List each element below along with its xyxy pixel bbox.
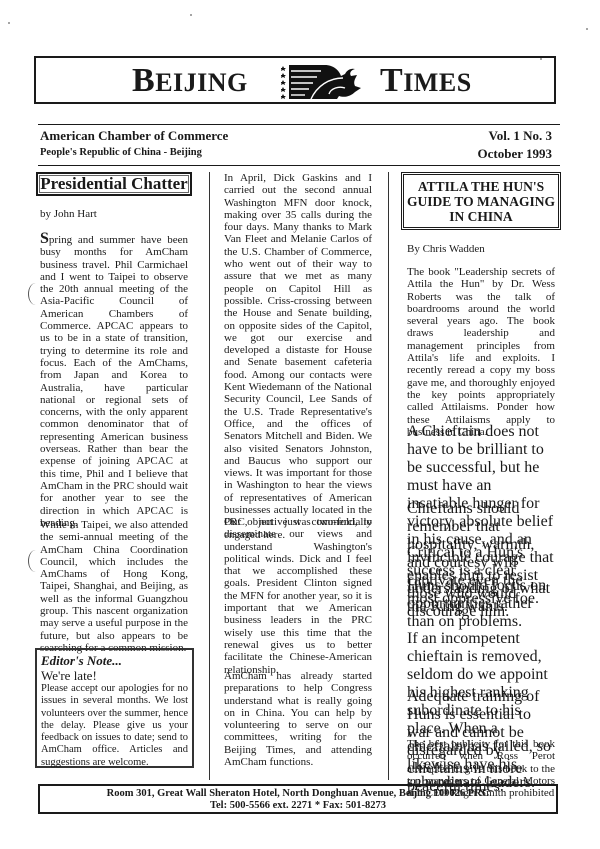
drop-cap: S xyxy=(40,230,49,247)
attila-paragraph-1: The book "Leadership secrets of Attila t… xyxy=(407,266,555,438)
attila-heading-box: ATTILA THE HUN'S GUIDE TO MANAGING IN CH… xyxy=(401,172,561,230)
punch-hole-mark xyxy=(28,550,43,572)
byline-chris-wadden: By Chris Wadden xyxy=(407,243,485,255)
scan-speck xyxy=(190,14,192,16)
column2-paragraph-1: In April, Dick Gaskins and I carried out… xyxy=(224,172,372,541)
column-divider-1 xyxy=(209,172,210,780)
scan-speck xyxy=(540,58,542,60)
footer-address: Room 301, Great Wall Sheraton Hotel, Nor… xyxy=(40,788,556,800)
presidential-chatter-paragraph-2: While in Taipei, we also attended the se… xyxy=(40,519,188,654)
byline-john-hart: by John Hart xyxy=(40,208,97,220)
attila-heading-line-3: IN CHINA xyxy=(404,209,558,224)
column2-paragraph-3: AmCham has already started preparations … xyxy=(224,670,372,768)
scan-speck xyxy=(586,28,588,30)
attila-heading-line-2: GUIDE TO MANAGING xyxy=(404,194,558,209)
presidential-chatter-paragraph-1: Spring and summer have been busy months … xyxy=(40,233,188,529)
subhead-rule-bottom xyxy=(38,165,560,166)
editors-note-box: Editor's Note... We're late! Please acce… xyxy=(35,648,194,768)
punch-hole-mark xyxy=(28,283,43,305)
organization-name: American Chamber of Commerce xyxy=(40,128,228,144)
column-divider-2 xyxy=(388,172,389,780)
volume-number: Vol. 1 No. 3 xyxy=(489,128,552,144)
footer-address-box: Room 301, Great Wall Sheraton Hotel, Nor… xyxy=(38,784,558,814)
attila-heading-line-1: ATTILA THE HUN'S xyxy=(404,179,558,194)
editors-note-title: Editor's Note... xyxy=(41,653,188,668)
subhead-rule-top xyxy=(38,124,560,125)
issue-date: October 1993 xyxy=(478,146,553,162)
presidential-chatter-heading-box: Presidential Chatter xyxy=(36,172,192,196)
masthead: BEIJING TIMES xyxy=(34,56,556,104)
editors-note-subtitle: We're late! xyxy=(41,668,188,683)
presidential-chatter-heading: Presidential Chatter xyxy=(40,174,187,193)
masthead-title-left: BEIJING xyxy=(132,64,248,100)
editors-note-body: Please accept our apologies for no issue… xyxy=(41,683,188,769)
dragon-flag-logo-icon xyxy=(281,62,363,100)
scan-speck xyxy=(8,22,10,24)
column2-paragraph-2: Our objective was two-fold, to dissemina… xyxy=(224,516,372,676)
organization-location: People's Republic of China - Beijing xyxy=(40,147,202,158)
attilaism-4: Huns should focus on opportunities rathe… xyxy=(407,577,555,631)
footer-contact: Tel: 500-5566 ext. 2271 * Fax: 501-8273 xyxy=(40,800,556,812)
masthead-title-right: TIMES xyxy=(380,64,472,100)
